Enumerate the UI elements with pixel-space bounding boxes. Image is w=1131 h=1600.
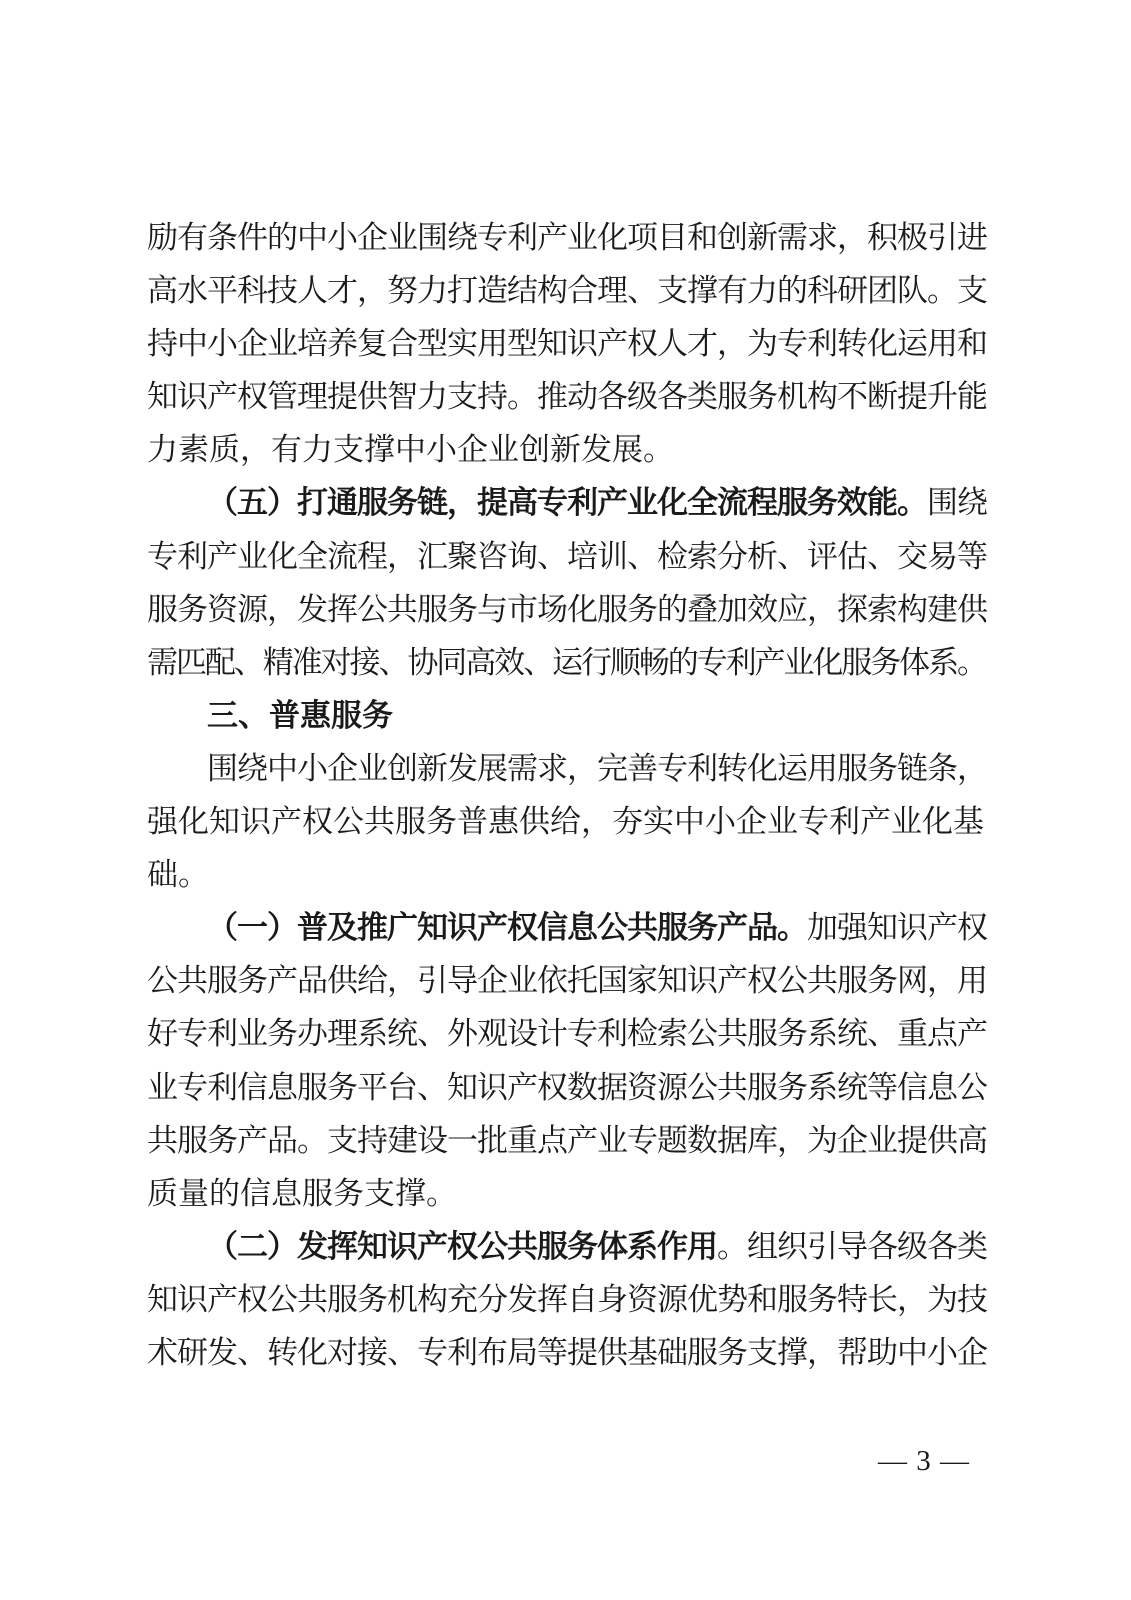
text-line: 础。 bbox=[147, 848, 988, 901]
text-line: 知识产权公共服务机构充分发挥自身资源优势和服务特长，为技 bbox=[147, 1273, 988, 1326]
text-line: 好专利业务办理系统、外观设计专利检索公共服务系统、重点产 bbox=[147, 1007, 988, 1060]
text-run: 知识产权管理提供智力支持。推动各级各类服务机构不断提升能 bbox=[147, 379, 987, 414]
text-run: 持中小企业培养复合型实用型知识产权人才，为专利转化运用和 bbox=[147, 326, 987, 361]
text-line: 服务资源，发挥公共服务与市场化服务的叠加效应，探索构建供 bbox=[147, 583, 988, 636]
text-line: 励有条件的中小企业围绕专利产业化项目和创新需求，积极引进 bbox=[147, 211, 988, 264]
section-heading: 三、普惠服务 bbox=[147, 689, 988, 742]
text-line: 业专利信息服务平台、知识产权数据资源公共服务系统等信息公 bbox=[147, 1061, 988, 1114]
text-run: 。组织引导各级各类 bbox=[717, 1229, 987, 1264]
bold-run: （二）发挥知识产权公共服务体系作用 bbox=[207, 1229, 717, 1264]
text-run: 加强知识产权 bbox=[807, 910, 987, 945]
text-line: 知识产权管理提供智力支持。推动各级各类服务机构不断提升能 bbox=[147, 370, 988, 423]
text-line: 力素质，有力支撑中小企业创新发展。 bbox=[147, 423, 988, 476]
paragraph: （五）打通服务链，提高专利产业化全流程服务效能。围绕专利产业化全流程，汇聚咨询、… bbox=[147, 476, 988, 688]
text-run: 专利产业化全流程，汇聚咨询、培训、检索分析、评估、交易等 bbox=[147, 539, 987, 574]
paragraph: 围绕中小企业创新发展需求，完善专利转化运用服务链条，强化知识产权公共服务普惠供给… bbox=[147, 742, 988, 901]
bold-run: （五）打通服务链，提高专利产业化全流程服务效能。 bbox=[207, 485, 927, 520]
text-run: 好专利业务办理系统、外观设计专利检索公共服务系统、重点产 bbox=[147, 1016, 987, 1051]
paragraph: 励有条件的中小企业围绕专利产业化项目和创新需求，积极引进高水平科技人才，努力打造… bbox=[147, 211, 988, 476]
bold-run: 三、普惠服务 bbox=[207, 698, 393, 733]
text-run: 围绕中小企业创新发展需求，完善专利转化运用服务链条， bbox=[207, 751, 987, 786]
text-run: 共服务产品。支持建设一批重点产业专题数据库，为企业提供高 bbox=[147, 1123, 987, 1158]
text-line: 术研发、转化对接、专利布局等提供基础服务支撑，帮助中小企 bbox=[147, 1326, 988, 1379]
text-run: 术研发、转化对接、专利布局等提供基础服务支撑，帮助中小企 bbox=[147, 1335, 987, 1370]
text-run: 强化知识产权公共服务普惠供给，夯实中小企业专利产业化基 bbox=[147, 804, 984, 839]
text-run: 需匹配、精准对接、协同高效、运行顺畅的专利产业化服务体系。 bbox=[147, 645, 986, 680]
text-line: （一）普及推广知识产权信息公共服务产品。加强知识产权 bbox=[147, 901, 988, 954]
text-line: （五）打通服务链，提高专利产业化全流程服务效能。围绕 bbox=[147, 476, 988, 529]
text-line: 质量的信息服务支撑。 bbox=[147, 1167, 988, 1220]
text-run: 励有条件的中小企业围绕专利产业化项目和创新需求，积极引进 bbox=[147, 220, 987, 255]
text-line: 强化知识产权公共服务普惠供给，夯实中小企业专利产业化基 bbox=[147, 795, 988, 848]
text-line: 专利产业化全流程，汇聚咨询、培训、检索分析、评估、交易等 bbox=[147, 530, 988, 583]
text-run: 围绕 bbox=[927, 485, 987, 520]
text-line: （二）发挥知识产权公共服务体系作用。组织引导各级各类 bbox=[147, 1220, 988, 1273]
page-number: — 3 — bbox=[147, 1441, 970, 1481]
text-line: 围绕中小企业创新发展需求，完善专利转化运用服务链条， bbox=[147, 742, 988, 795]
text-run: 知识产权公共服务机构充分发挥自身资源优势和服务特长，为技 bbox=[147, 1282, 987, 1317]
text-run: 质量的信息服务支撑。 bbox=[147, 1176, 457, 1211]
text-line: 公共服务产品供给，引导企业依托国家知识产权公共服务网，用 bbox=[147, 954, 988, 1007]
text-run: 高水平科技人才，努力打造结构合理、支撑有力的科研团队。支 bbox=[147, 273, 987, 308]
text-line: 三、普惠服务 bbox=[147, 689, 988, 742]
text-run: 础。 bbox=[147, 857, 209, 892]
text-run: 公共服务产品供给，引导企业依托国家知识产权公共服务网，用 bbox=[147, 963, 987, 998]
bold-run: （一）普及推广知识产权信息公共服务产品。 bbox=[207, 910, 807, 945]
text-line: 高水平科技人才，努力打造结构合理、支撑有力的科研团队。支 bbox=[147, 264, 988, 317]
document-page: 励有条件的中小企业围绕专利产业化项目和创新需求，积极引进高水平科技人才，努力打造… bbox=[0, 0, 1131, 1600]
text-run: 力素质，有力支撑中小企业创新发展。 bbox=[147, 432, 674, 467]
document-body: 励有条件的中小企业围绕专利产业化项目和创新需求，积极引进高水平科技人才，努力打造… bbox=[147, 211, 988, 1379]
text-run: 服务资源，发挥公共服务与市场化服务的叠加效应，探索构建供 bbox=[147, 592, 987, 627]
text-line: 共服务产品。支持建设一批重点产业专题数据库，为企业提供高 bbox=[147, 1114, 988, 1167]
paragraph: （一）普及推广知识产权信息公共服务产品。加强知识产权公共服务产品供给，引导企业依… bbox=[147, 901, 988, 1220]
text-run: 业专利信息服务平台、知识产权数据资源公共服务系统等信息公 bbox=[147, 1070, 987, 1105]
text-line: 持中小企业培养复合型实用型知识产权人才，为专利转化运用和 bbox=[147, 317, 988, 370]
paragraph: （二）发挥知识产权公共服务体系作用。组织引导各级各类知识产权公共服务机构充分发挥… bbox=[147, 1220, 988, 1379]
text-line: 需匹配、精准对接、协同高效、运行顺畅的专利产业化服务体系。 bbox=[147, 636, 988, 689]
